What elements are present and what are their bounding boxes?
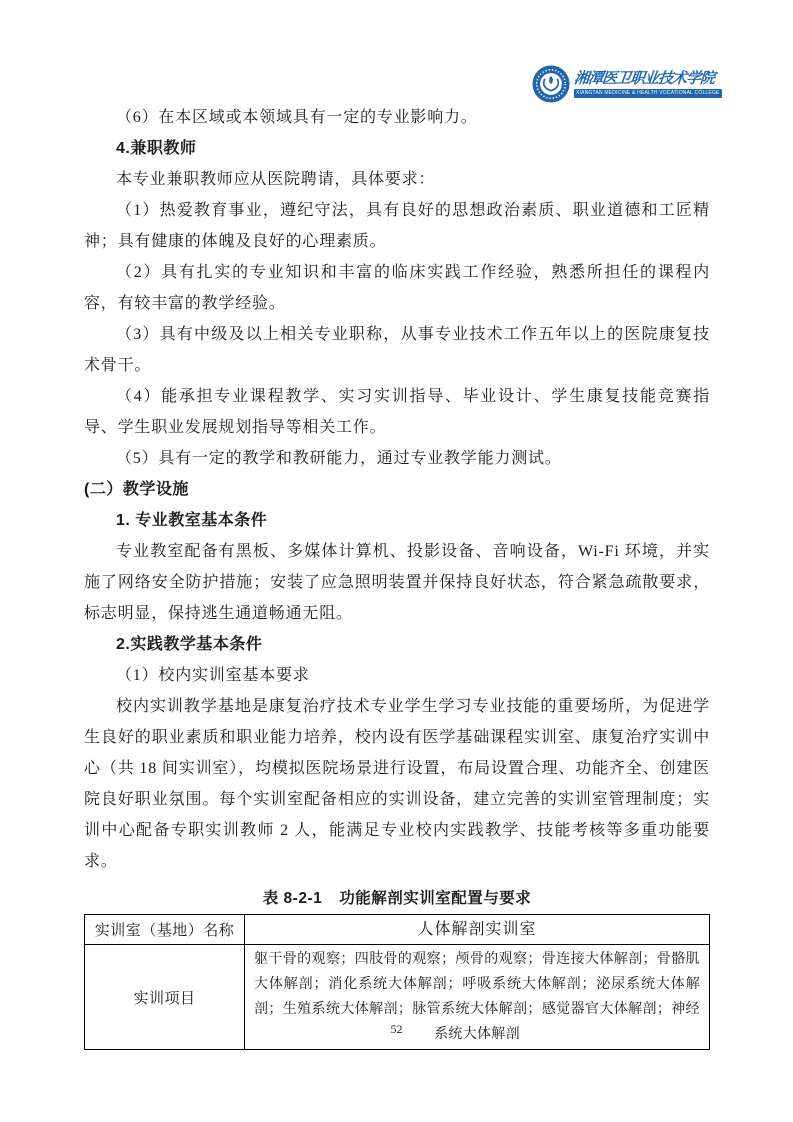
section-heading: (二）教学设施 [84, 474, 710, 505]
section-heading: 4.兼职教师 [84, 133, 710, 164]
table-caption: 表 8-2-1功能解剖实训室配置与要求 [84, 884, 710, 914]
college-name-english: XIANGTAN MEDICINE & HEALTH VOCATIONAL CO… [574, 89, 722, 98]
college-logo-text: 湘潭医卫职业技术学院 XIANGTAN MEDICINE & HEALTH VO… [574, 71, 722, 98]
paragraph-list: （6）在本区域或本领域具有一定的专业影响力。4.兼职教师本专业兼职教师应从医院聘… [84, 102, 710, 877]
table-row-value: 人体解剖实训室 [245, 915, 710, 945]
document-body: （6）在本区域或本领域具有一定的专业影响力。4.兼职教师本专业兼职教师应从医院聘… [84, 102, 710, 1050]
table-caption-label: 表 8-2-1 [263, 890, 323, 907]
paragraph: （4）能承担专业课程教学、实习实训指导、毕业设计、学生康复技能竞赛指导、学生职业… [84, 381, 710, 443]
paragraph: 校内实训教学基地是康复治疗技术专业学生学习专业技能的重要场所，为促进学生良好的职… [84, 691, 710, 877]
section-heading: 2.实践教学基本条件 [84, 629, 710, 660]
table-row-label: 实训室（基地）名称 [85, 915, 245, 945]
paragraph: （3）具有中级及以上相关专业职称，从事专业技术工作五年以上的医院康复技术骨干。 [84, 319, 710, 381]
table-header-row: 实训室（基地）名称人体解剖实训室 [85, 915, 710, 945]
college-emblem-icon [532, 65, 570, 103]
paragraph: （5）具有一定的教学和教研能力，通过专业教学能力测试。 [84, 443, 710, 474]
paragraph: （2）具有扎实的专业知识和丰富的临床实践工作经验，熟悉所担任的课程内容，有较丰富… [84, 257, 710, 319]
paragraph: 本专业兼职教师应从医院聘请，具体要求： [84, 164, 710, 195]
college-logo: 湘潭医卫职业技术学院 XIANGTAN MEDICINE & HEALTH VO… [532, 62, 702, 106]
paragraph: 专业教室配备有黑板、多媒体计算机、投影设备、音响设备，Wi-Fi 环境，并实施了… [84, 536, 710, 629]
page-number: 52 [0, 1022, 793, 1037]
college-name-chinese: 湘潭医卫职业技术学院 [573, 71, 722, 88]
section-heading: 1. 专业教室基本条件 [84, 505, 710, 536]
table-caption-title: 功能解剖实训室配置与要求 [339, 890, 531, 907]
paragraph: （1）校内实训室基本要求 [84, 660, 710, 691]
paragraph: （1）热爱教育事业，遵纪守法，具有良好的思想政治素质、职业道德和工匠精神；具有健… [84, 195, 710, 257]
paragraph: （6）在本区域或本领域具有一定的专业影响力。 [84, 102, 710, 133]
document-page: 湘潭医卫职业技术学院 XIANGTAN MEDICINE & HEALTH VO… [0, 0, 793, 1122]
